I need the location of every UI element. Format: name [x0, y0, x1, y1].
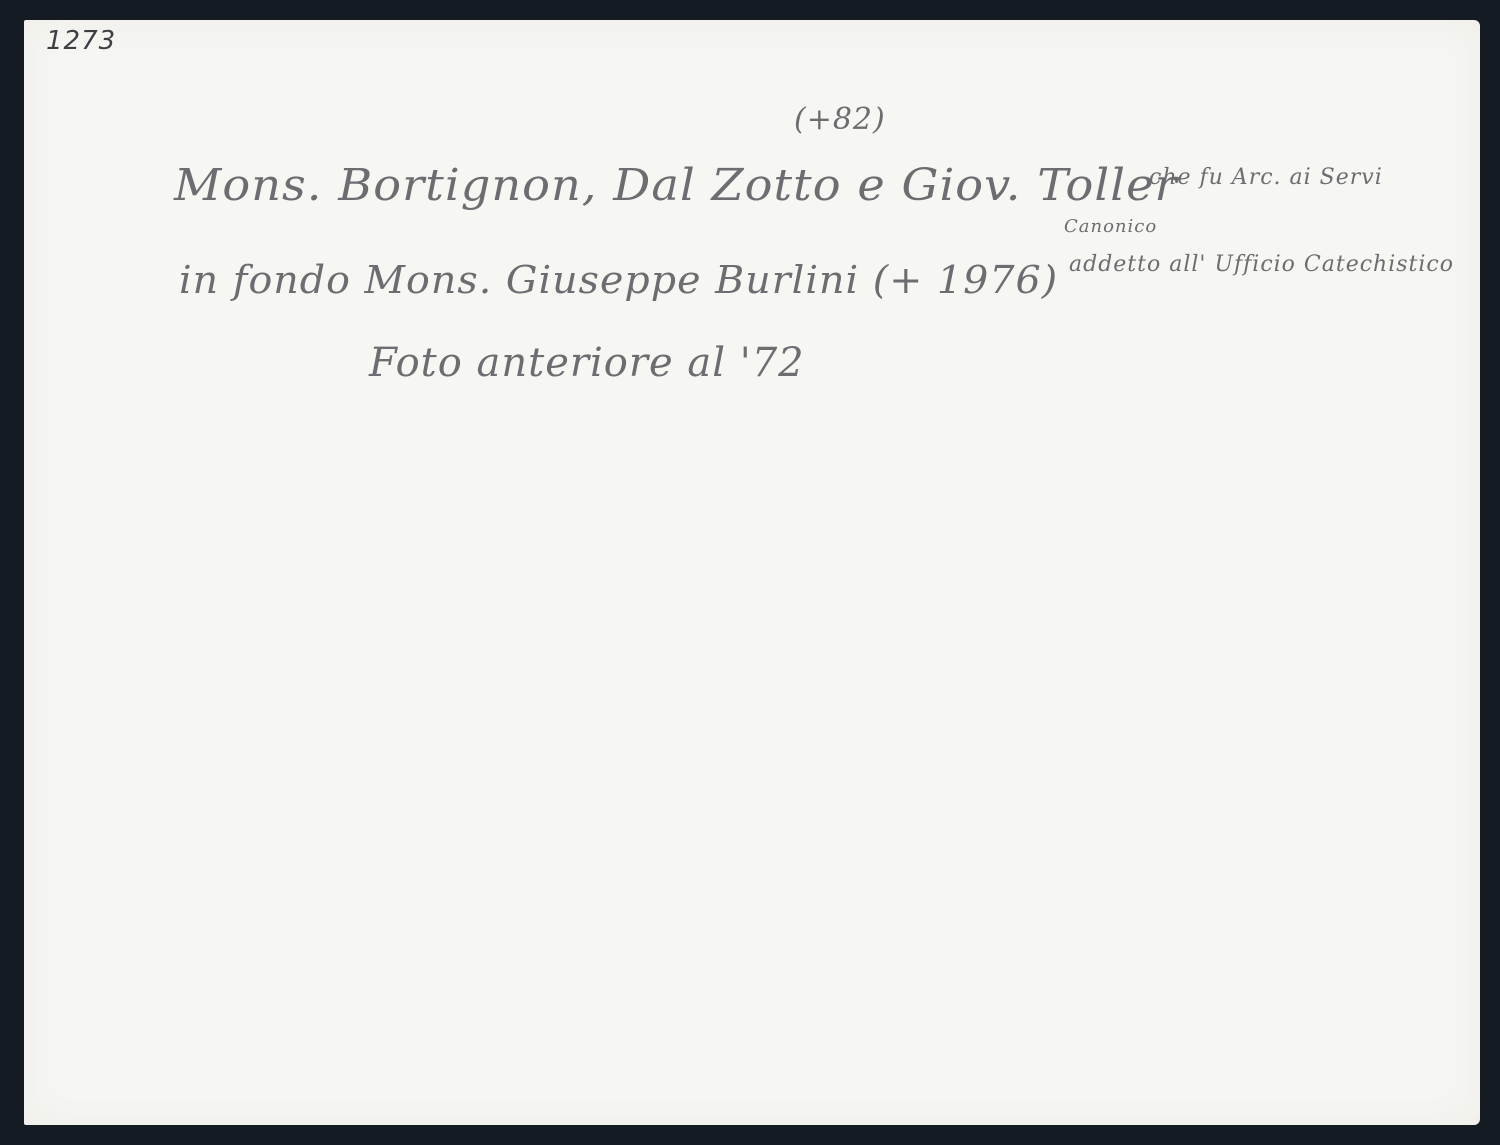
names-line-1-note: che fu Arc. ai Servi — [1149, 165, 1383, 190]
date-note: Foto anteriore al '72 — [369, 340, 805, 386]
canonico-annotation: Canonico — [1064, 216, 1157, 237]
names-line-1: Mons. Bortignon, Dal Zotto e Giov. Tolle… — [174, 160, 1178, 211]
photo-reverse-paper: 1273 (+82) Mons. Bortignon, Dal Zotto e … — [24, 20, 1480, 1125]
names-line-2: in fondo Mons. Giuseppe Burlini (+ 1976) — [179, 258, 1058, 302]
scan-background: 1273 (+82) Mons. Bortignon, Dal Zotto e … — [0, 0, 1500, 1145]
names-line-2-note: addetto all' Ufficio Catechistico — [1069, 252, 1454, 277]
death-year-annotation: (+82) — [794, 102, 886, 137]
catalog-number: 1273 — [46, 26, 116, 56]
